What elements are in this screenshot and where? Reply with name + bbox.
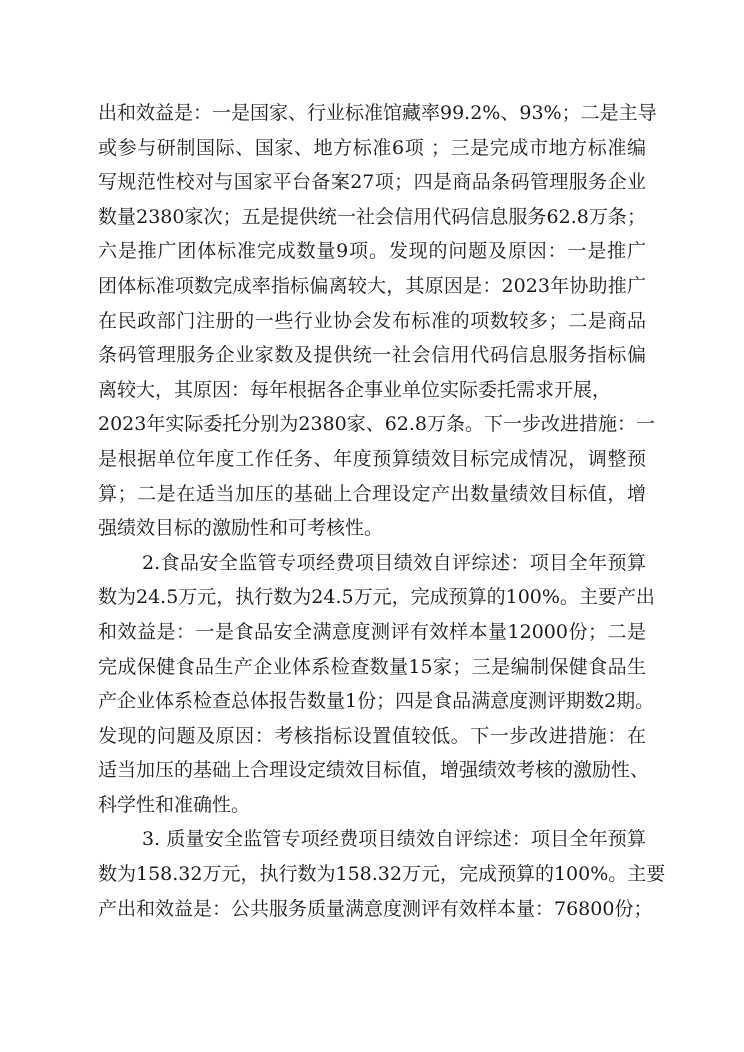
text-line: 适当加压的基础上合理设定绩效目标值，增强绩效考核的激励性、: [98, 753, 646, 788]
paragraph-heading-line: 2.食品安全监管专项经费项目绩效自评综述：项目全年预算: [98, 546, 646, 581]
document-page: 出和效益是：一是国家、行业标准馆藏率99.2%、93%；二是主导 或参与研制国际…: [0, 0, 744, 1052]
paragraph-quality-safety: 3. 质量安全监管专项经费项目绩效自评综述：项目全年预算 数为158.32万元，…: [98, 822, 646, 926]
text-line: 2023年实际委托分别为2380家、62.8万条。下一步改进措施：一: [98, 407, 646, 442]
text-line: 产企业体系检查总体报告数量1份；四是食品满意度测评期数2期。: [98, 684, 646, 719]
text-line: 和效益是：一是食品安全满意度测评有效样本量12000份；二是: [98, 615, 646, 650]
text-line: 离较大，其原因：每年根据各企事业单位实际委托需求开展，: [98, 373, 646, 408]
paragraph-food-safety: 2.食品安全监管专项经费项目绩效自评综述：项目全年预算 数为24.5万元，执行数…: [98, 546, 646, 823]
text-line: 数为24.5万元，执行数为24.5万元，完成预算的100%。主要产出: [98, 580, 646, 615]
text-line: 发现的问题及原因：考核指标设置值较低。下一步改进措施：在: [98, 719, 646, 754]
text-line: 是根据单位年度工作任务、年度预算绩效目标完成情况，调整预: [98, 442, 646, 477]
text-line: 产出和效益是：公共服务质量满意度测评有效样本量：76800份；: [98, 892, 646, 927]
text-line: 强绩效目标的激励性和可考核性。: [98, 511, 646, 546]
text-line: 团体标准项数完成率指标偏离较大，其原因是：2023年协助推广: [98, 269, 646, 304]
text-line: 写规范性校对与国家平台备案27项；四是商品条码管理服务企业: [98, 165, 646, 200]
text-line: 科学性和准确性。: [98, 788, 646, 823]
text-line: 出和效益是：一是国家、行业标准馆藏率99.2%、93%；二是主导: [98, 96, 646, 131]
text-line: 或参与研制国际、国家、地方标准6项 ；三是完成市地方标准编: [98, 131, 646, 166]
text-line: 数为158.32万元，执行数为158.32万元，完成预算的100%。主要: [98, 857, 646, 892]
document-body: 出和效益是：一是国家、行业标准馆藏率99.2%、93%；二是主导 或参与研制国际…: [98, 96, 646, 926]
text-line: 数量2380家次；五是提供统一社会信用代码信息服务62.8万条；: [98, 200, 646, 235]
text-line: 条码管理服务企业家数及提供统一社会信用代码信息服务指标偏: [98, 338, 646, 373]
text-line: 算；二是在适当加压的基础上合理设定产出数量绩效目标值，增: [98, 477, 646, 512]
text-line: 在民政部门注册的一些行业协会发布标准的项数较多；二是商品: [98, 304, 646, 339]
paragraph-heading-line: 3. 质量安全监管专项经费项目绩效自评综述：项目全年预算: [98, 822, 646, 857]
text-line: 完成保健食品生产企业体系检查数量15家；三是编制保健食品生: [98, 650, 646, 685]
text-line: 六是推广团体标准完成数量9项。发现的问题及原因：一是推广: [98, 234, 646, 269]
paragraph-standards-summary: 出和效益是：一是国家、行业标准馆藏率99.2%、93%；二是主导 或参与研制国际…: [98, 96, 646, 546]
